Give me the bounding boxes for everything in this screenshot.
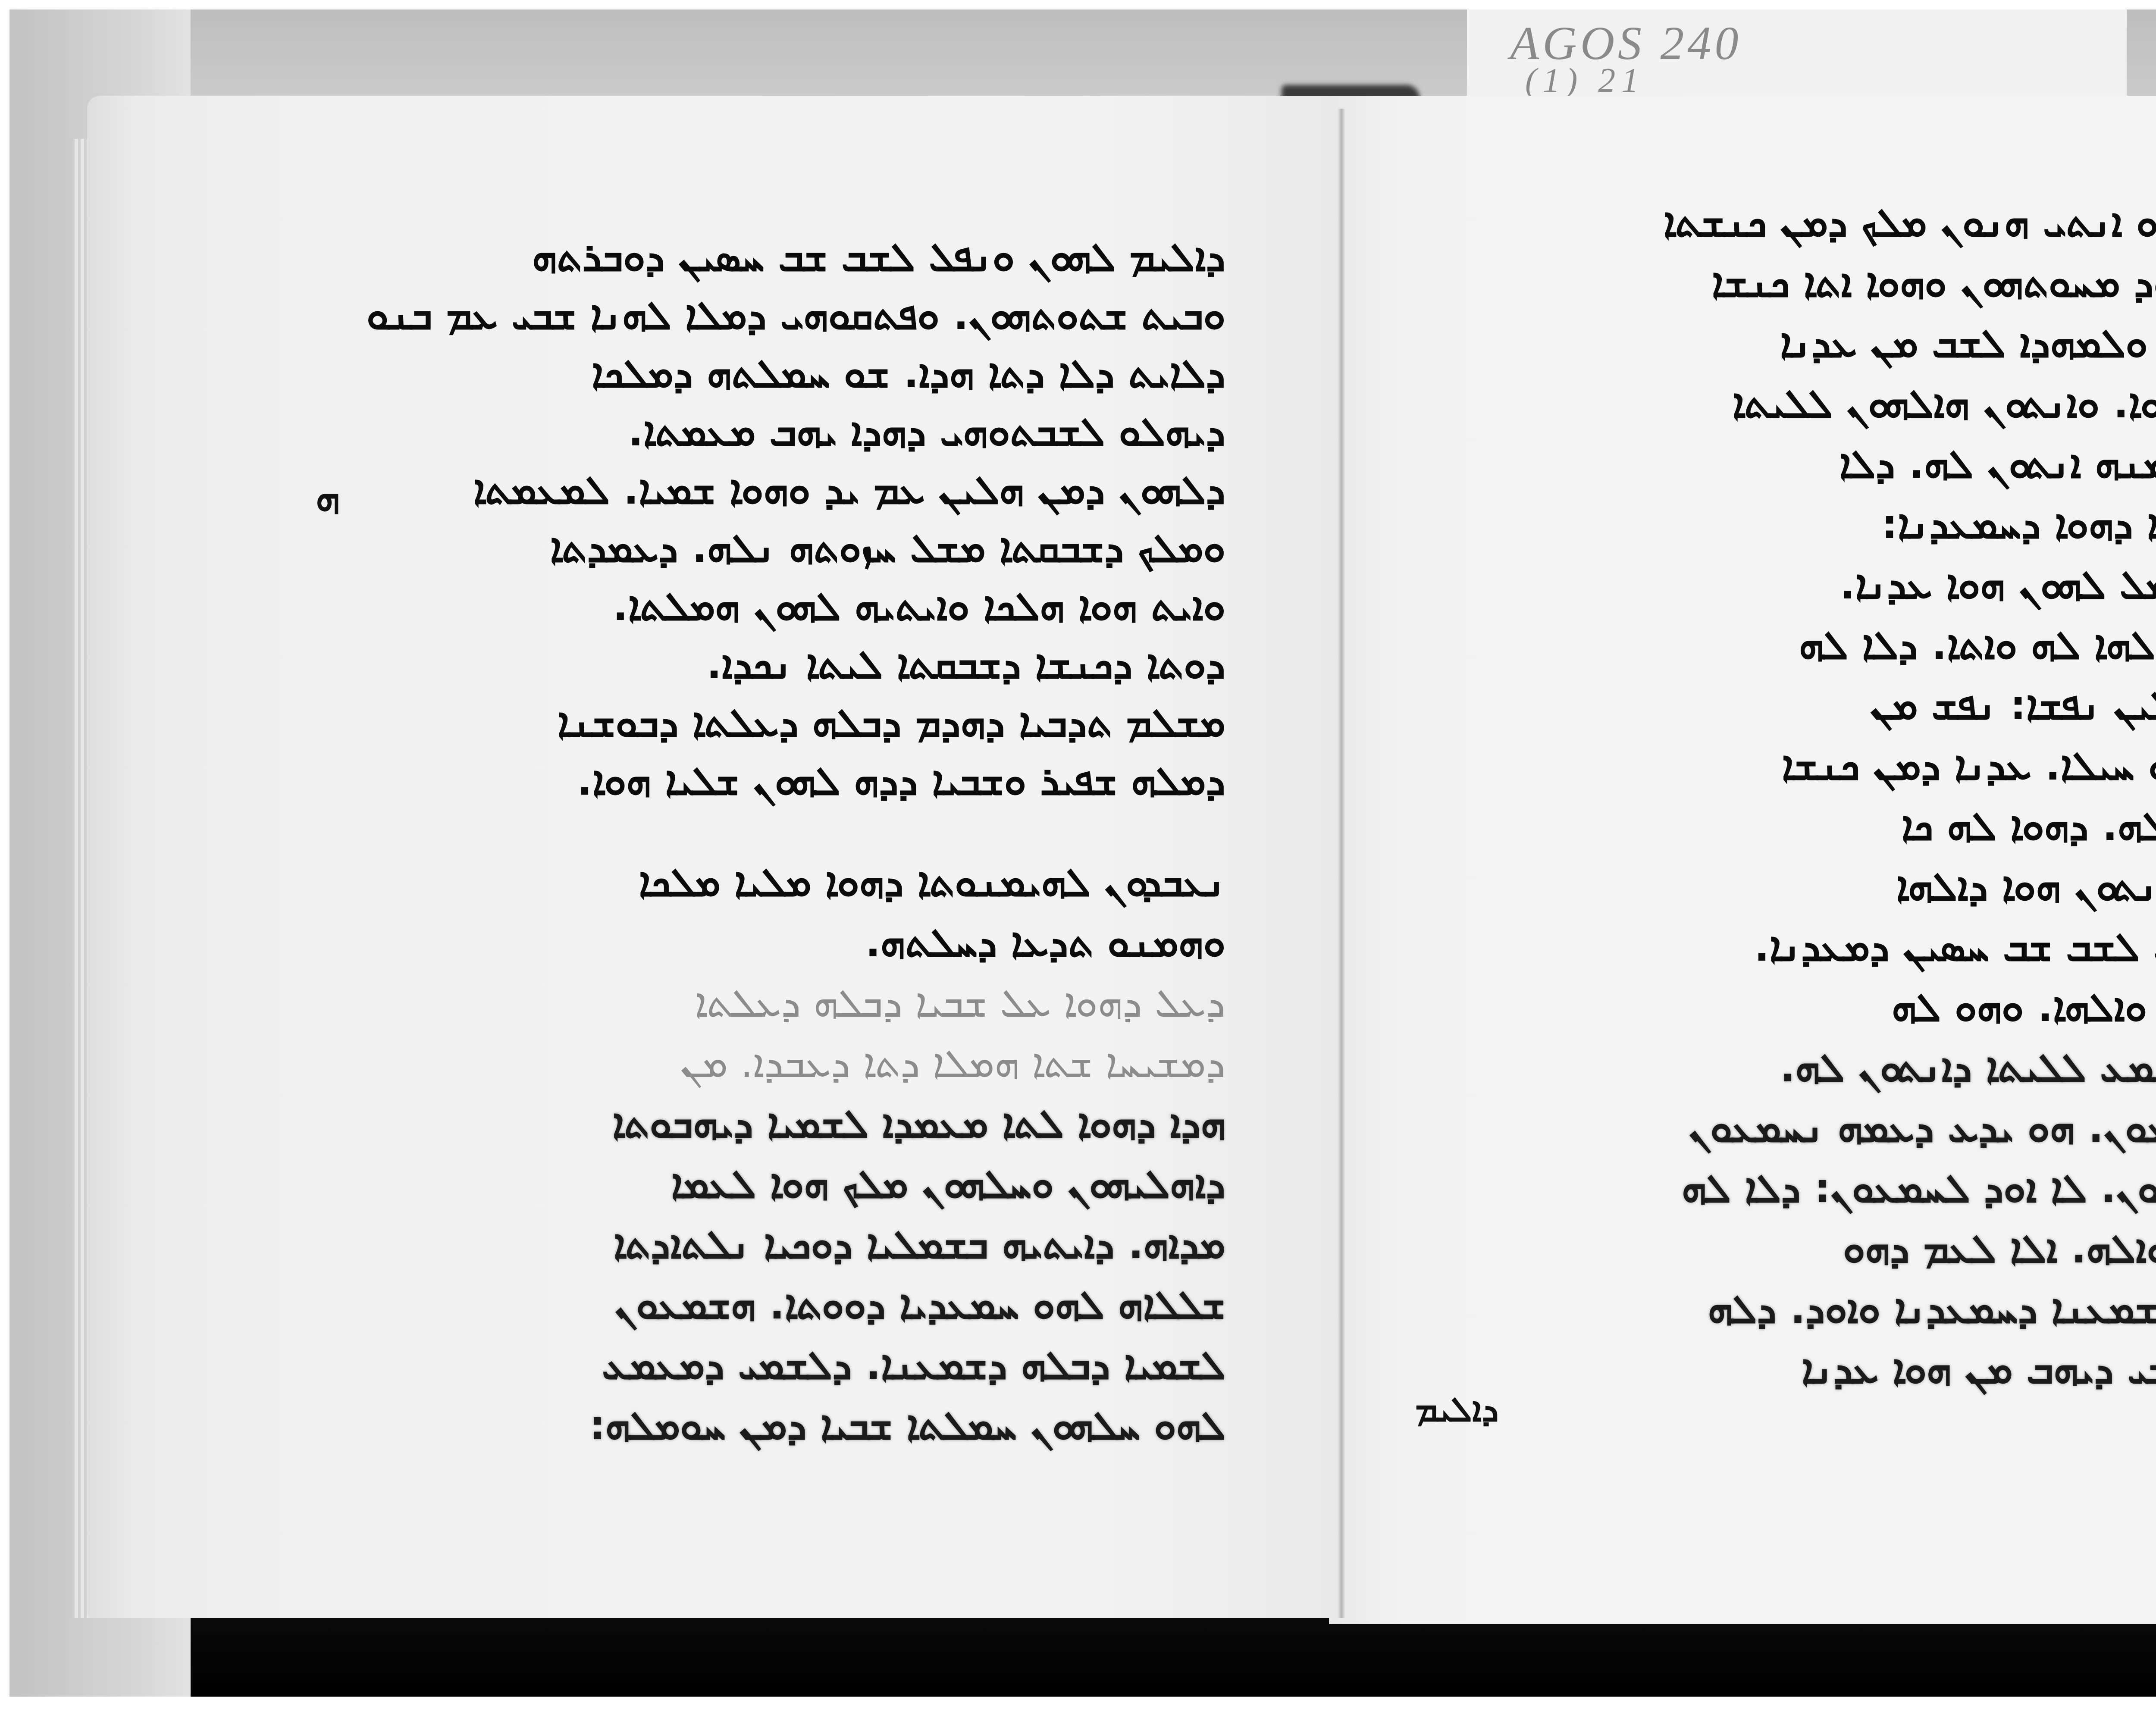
text-line: ܠܗܘܢ ܘܫܡܥܘܢ. ܠܐ ܐܘܕ ܠܚܡܥܘܢ: ܕܠܐ ܠܗ	[1682, 1165, 2156, 1212]
text-line: ܐܢܬܘܢ ܕܡܢ ܐܠܗܐ ܠܗ ܘܐܬܐ. ܕܠܐ ܠܗ	[1799, 622, 2156, 669]
text-line: ܕܗܘܐ ܗܘ ܐܢܫܝ ܕܝܗܒ ܡܢ ܗܘܐ ܥܕܢܐ	[1802, 1346, 2156, 1394]
text-line: ܘܐܝܬ ܗܘܐ ܗܠܟܐ ܘܐܝܬܝܗ ܠܗܘܢ ܗܡܠܬܐ.	[613, 583, 1225, 630]
text-line: ܠܫܡܝܐ ܕܒܠܗ ܕܫܡܥܢܐ. ܕܠܫܡܝ ܕܡܥܡܥ	[602, 1342, 1225, 1389]
text-line: ܕܡܠܗ ܫܦܝܪ ܘܫܒܝܐ ܕܕܗ ܠܗܘܢ ܫܠܝܐ ܗܘܐ.	[577, 758, 1225, 805]
text-line: ܡܫܠܡ ܬܕܒܝܐ ܕܗܕܡ ܕܒܠܗ ܕܥܠܬܐ ܕܒܘܫܢܐ	[558, 699, 1225, 747]
text-line: ܥܡ ܫܢܝܐ: ܐܘܕ ܡܚܘܬܗܘܢ ܘܗܘܐ ܐܬܐ ܟܢܫܐ	[1712, 260, 2156, 307]
text-line: ܘܗܡܢܘ ܬܕܥܐ ܕܚܠܬܗ.	[865, 919, 1225, 967]
text-line-faded-rubric: ܕܥܠ ܕܗܘܐ ܥܠ ܫܒܝܐ ܕܒܠܗ ܕܥܠܬܐ	[695, 980, 1225, 1027]
text-line: ܠܗܘܢ. ܘܢܦܠ ܠܫܒ ܫܒ ܚܣܝܢ ܕܡܥܕܢܐ.	[1754, 924, 2156, 971]
text-line: ܗܕܐ ܕܗܘܐ ܠܬܐ ܡܥܡܕܐ ܠܫܡܝܐ ܕܝܗܒܘܬܐ	[612, 1100, 1225, 1148]
text-line: ܡܠܟ ܗܘܐ ܡܚܡܥ ܠܠܝܬܐ ܕܐܢܬܘܢ ܠܗ.	[1780, 1044, 2156, 1092]
text-line: ܫܢܝܐ ܗܘܐ ܗܘ ܚܝܠܐ. ܥܕܢܐ ܕܡܢ ܟܢܫܐ	[1782, 742, 2156, 790]
shelfmark-label: AGOS 240 (1) 21	[1467, 9, 2127, 109]
text-line: ܘܕܥܡܐ ܚܡܠ ܘܐܠܗܐ. ܘܗܘ ܠܗ	[1892, 984, 2156, 1031]
text-line: ܚܡܠ ܚܡܥܕܝܐ ܕܗܘܐ ܕܚܡܥܕܢܐ:	[1882, 501, 2156, 548]
manuscript-photo: AGOS 240 (1) 21 ܗ ܗ ܕܐܠܝܡ ܠܗܘܢ ܘܢܦܠ ܠܫܒ …	[9, 9, 2156, 1697]
text-line: ܕܐܢܫ ܝܗܒ ܗܘ ܐܢܬܝ ܗܢܘܢ ܡܠܟ ܕܡܢ ܟܢܫܬܐ	[1663, 199, 2156, 247]
right-page-text: ܕܐܢܫ ܝܗܒ ܗܘ ܐܢܬܝ ܗܢܘܢ ܡܠܟ ܕܡܢ ܟܢܫܬܐ ܥܡ ܫ…	[1432, 199, 2156, 1579]
text-line: ܐܠܗ ܡܢ ܫܡܥܘܢ. ܗܘ ܝܕܥ ܕܥܡܗ ܢܚܡܥܘܢ	[1689, 1105, 2156, 1152]
text-line-faded-rubric: ܕܡܫܝܚܐ ܫܬܐ ܗܡܠܐ ܕܬܐ ܕܥܒܕܐ. ܡܢ	[680, 1040, 1225, 1087]
text-line: ܢܥܒܕܘܢ ܠܗܝܡܢܘܬܐ ܕܗܘܐ ܡܠܝܐ ܡܠܟܐ	[639, 859, 1225, 906]
left-margin-mark: ܗ	[316, 475, 340, 521]
text-line: ܠܗܘ ܚܠܗܘܢ ܚܡܠܬܐ ܫܒܝܐ ܕܡܢ ܚܘܡܠܗ:	[589, 1402, 1225, 1450]
spine-gutter	[1338, 109, 1345, 1618]
text-line: ܫܠܠܐܗ ܠܗܘ ܚܡܥܕܝܐ ܕܘܘܬܐ. ܗܫܡܥܘܢ	[614, 1281, 1225, 1329]
shelfmark-line-2: (1) 21	[1525, 61, 1645, 100]
text-line: ܘܡܠܟ ܕܫܒܩܬܐ ܡܫܠ ܚܙܘܬܗ ܢܠܗ. ܕܥܡܕܬܐ	[550, 525, 1225, 572]
text-line: ܡܠܝܐ ܕܠܐ ܚܡܠ ܠܗܘܢ ܗܘܐ ܥܕܢܐ.	[1840, 561, 2156, 609]
text-line: ܐܠܗ: ܘܐܠܗ ܘܐܠܗ. ܐܠܐ ܠܥܡ ܕܗܘ	[1843, 1225, 2156, 1273]
text-line: ܕܝܗܠܘ ܠܫܒܬܘܗܝ ܕܗܕܐ ܝܗܒ ܡܥܡܬܐ.	[628, 408, 1225, 456]
text-line: ܕܥܡܗܘܢ ܢܗܘܐ. ܘܐܢܬܘܢ ܗܐܠܗܘܢ ܠܠܝܬܐ	[1732, 380, 2156, 428]
text-line: ܐܠܗܐ ܕܠܐ ܗܠܝܢ ܢܦܫܐ: ܢܦܫ ܡܢ	[1871, 682, 2156, 730]
text-line: ܡܕܐܗ. ܕܐܝܬܝܗ ܒܫܡܠܝܐ ܕܘܟܝܐ ܢܠܬܐܕܬܐ	[614, 1221, 1225, 1268]
text-line: ܠܠܗܘܢ ܚܠܐ ܫܡܥܢܐ ܕܚܡܥܕܢܐ ܘܐܘܕ. ܕܠܗ	[1708, 1286, 2156, 1333]
text-line: ܠܗܘܢ ܐܝܬ ܕܐܢܬܘܢ ܗܘܐ ܕܐܠܗܐ	[1896, 863, 2156, 911]
text-line: ܕܐܗܠܝܗܘܢ ܘܚܠܗܘܢ ܡܠܟ ܗܘܐ ܠܥܡܐ	[671, 1161, 1225, 1208]
catchword: ܕܐܠܝܡ	[1415, 1389, 1499, 1430]
text-line: ܘܒܝܬ ܫܬܘܬܗܘܢ. ܘܦܬܩܘܗܝ ܕܡܠܐ ܠܗܢܐ ܫܒܝ ܥܡ ܒ…	[367, 292, 1225, 339]
text-line: ܒܗܘܢ: ܠܗܕܐ ܘܠܡܗܕܐ ܠܫܒ ܡܢ ܥܕܢܐ	[1780, 320, 2156, 367]
text-line: ܐܠܗܐ. ܘܫܒ ܡܢܗ ܐܢܬܘܢ ܠܗ. ܕܠܐ	[1839, 441, 2156, 488]
text-line: ܕܐܠܝܡ ܠܗܘܢ ܘܢܦܠ ܠܫܒ ܫܒ ܚܣܝܢ ܕܘܒܪܬܗ	[532, 234, 1225, 281]
text-line: ܕܠܗܘܢ ܕܡܢ ܗܠܝܢ ܥܡ ܝܕ ܘܗܘܐ ܫܡܝܐ. ܠܡܥܡܬܐ	[473, 467, 1225, 514]
text-line: ܐܢܫܐ ܐܢܬܘܢ ܠܗ. ܕܗܘܐ ܠܗ ܟܐ	[1902, 803, 2156, 850]
left-page-text: ܕܐܠܝܡ ܠܗܘܢ ܘܢܦܠ ܠܫܒ ܫܒ ܚܣܝܢ ܕܘܒܪܬܗ ܘܒܝܬ …	[346, 234, 1225, 1570]
text-line: ܕܘܬܐ ܕܟܢܫܐ ܕܫܒܩܬܐ ܠܝܬܐ ܢܟܕܐ.	[707, 641, 1225, 689]
text-line: ܕܠܐܝܬ ܕܠܐ ܕܬܐ ܗܕܐ. ܫܘ ܚܡܠܬܗ ܕܡܠܟܐ	[592, 350, 1225, 398]
